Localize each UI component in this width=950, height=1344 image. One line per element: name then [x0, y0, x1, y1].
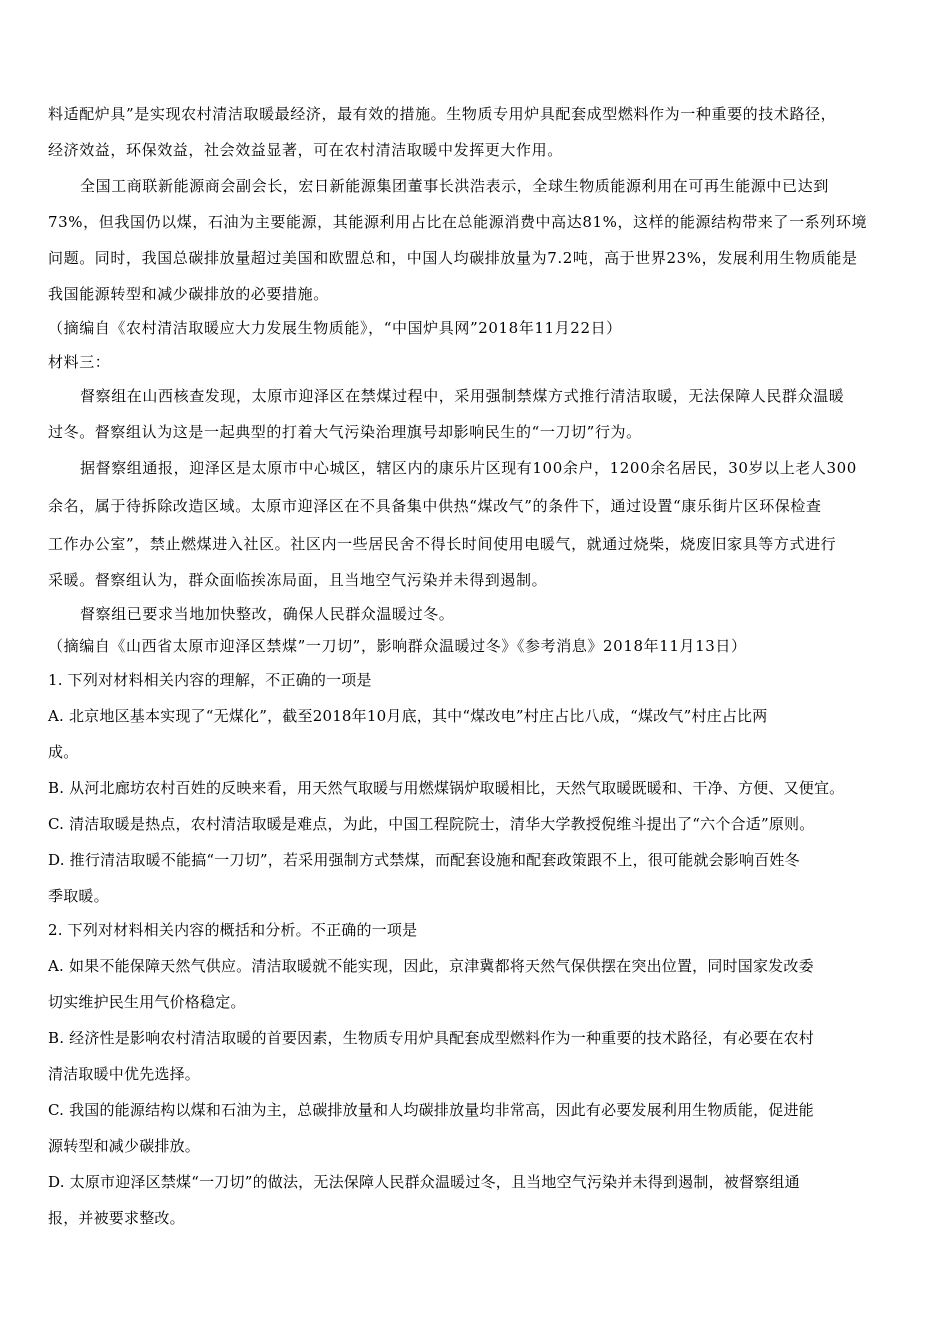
question-1-option-a: A. 北京地区基本实现了“无煤化”，截至2018年10月底，其中“煤改电”村庄占… [48, 706, 767, 726]
question-2-option-c-cont: 源转型和减少碳排放。 [48, 1136, 200, 1156]
question-1-stem: 1. 下列对材料相关内容的理解，不正确的一项是 [48, 670, 372, 690]
question-1-option-a-cont: 成。 [48, 742, 78, 762]
paragraph-line: 余名，属于待拆除改造区域。太原市迎泽区在不具备集中供热“煤改气”的条件下，通过设… [48, 496, 822, 516]
source-citation: （摘编自《山西省太原市迎泽区禁煤”一刀切”，影响群众温暖过冬》《参考消息》201… [48, 636, 747, 656]
source-citation: （摘编自《农村清洁取暖应大力发展生物质能》，“中国炉具网”2018年11月22日… [48, 318, 622, 338]
paragraph-line: 工作办公室”，禁止燃煤进入社区。社区内一些居民舍不得长时间使用电暖气，就通过烧柴… [48, 534, 836, 554]
section-heading-material-three: 材料三： [48, 352, 110, 372]
paragraph-line: 73%，但我国仍以煤，石油为主要能源，其能源利用占比在总能源消费中高达81%，这… [48, 212, 867, 232]
question-1-option-c: C. 清洁取暖是热点，农村清洁取暖是难点，为此，中国工程院院士，清华大学教授倪维… [48, 814, 814, 834]
paragraph-line: 问题。同时，我国总碳排放量超过美国和欧盟总和，中国人均碳排放量为7.2吨，高于世… [48, 248, 858, 268]
question-2-option-b-cont: 清洁取暖中优先选择。 [48, 1064, 200, 1084]
paragraph-line: 据督察组通报，迎泽区是太原市中心城区，辖区内的康乐片区现有100余户，1200余… [80, 458, 857, 478]
question-2-option-a: A. 如果不能保障天然气供应。清洁取暖就不能实现，因此，京津冀都将天然气保供摆在… [48, 956, 814, 976]
question-2-stem: 2. 下列对材料相关内容的概括和分析。不正确的一项是 [48, 920, 417, 940]
paragraph-line: 我国能源转型和减少碳排放的必要措施。 [48, 284, 329, 304]
paragraph-line: 督察组在山西核查发现，太原市迎泽区在禁煤过程中，采用强制禁煤方式推行清洁取暖，无… [80, 386, 844, 406]
paragraph-line: 督察组已要求当地加快整改，确保人民群众温暖过冬。 [80, 604, 454, 624]
question-2-option-a-cont: 切实维护民生用气价格稳定。 [48, 992, 246, 1012]
paragraph-line: 全国工商联新能源商会副会长，宏日新能源集团董事长洪浩表示，全球生物质能源利用在可… [80, 176, 829, 196]
question-2-option-b: B. 经济性是影响农村清洁取暖的首要因素，生物质专用炉具配套成型燃料作为一种重要… [48, 1028, 814, 1048]
paragraph-line: 经济效益，环保效益，社会效益显著，可在农村清洁取暖中发挥更大作用。 [48, 140, 563, 160]
paragraph-line: 料适配炉具”是实现农村清洁取暖最经济，最有效的措施。生物质专用炉具配套成型燃料作… [48, 104, 836, 124]
paragraph-line: 过冬。督察组认为这是一起典型的打着大气污染治理旗号却影响民生的“一刀切”行为。 [48, 422, 642, 442]
question-2-option-c: C. 我国的能源结构以煤和石油为主，总碳排放量和人均碳排放量均非常高，因此有必要… [48, 1100, 814, 1120]
question-2-option-d-cont: 报，并被要求整改。 [48, 1208, 185, 1228]
paragraph-line: 采暖。督察组认为，群众面临挨冻局面，且当地空气污染并未得到遏制。 [48, 570, 547, 590]
question-1-option-d: D. 推行清洁取暖不能搞“一刀切”，若采用强制方式禁煤，而配套设施和配套政策跟不… [48, 850, 800, 870]
question-1-option-d-cont: 季取暖。 [48, 886, 109, 906]
question-2-option-d: D. 太原市迎泽区禁煤“一刀切”的做法，无法保障人民群众温暖过冬，且当地空气污染… [48, 1172, 800, 1192]
question-1-option-b: B. 从河北廊坊农村百姓的反映来看，用天然气取暖与用燃煤锅炉取暖相比，天然气取暖… [48, 778, 844, 798]
